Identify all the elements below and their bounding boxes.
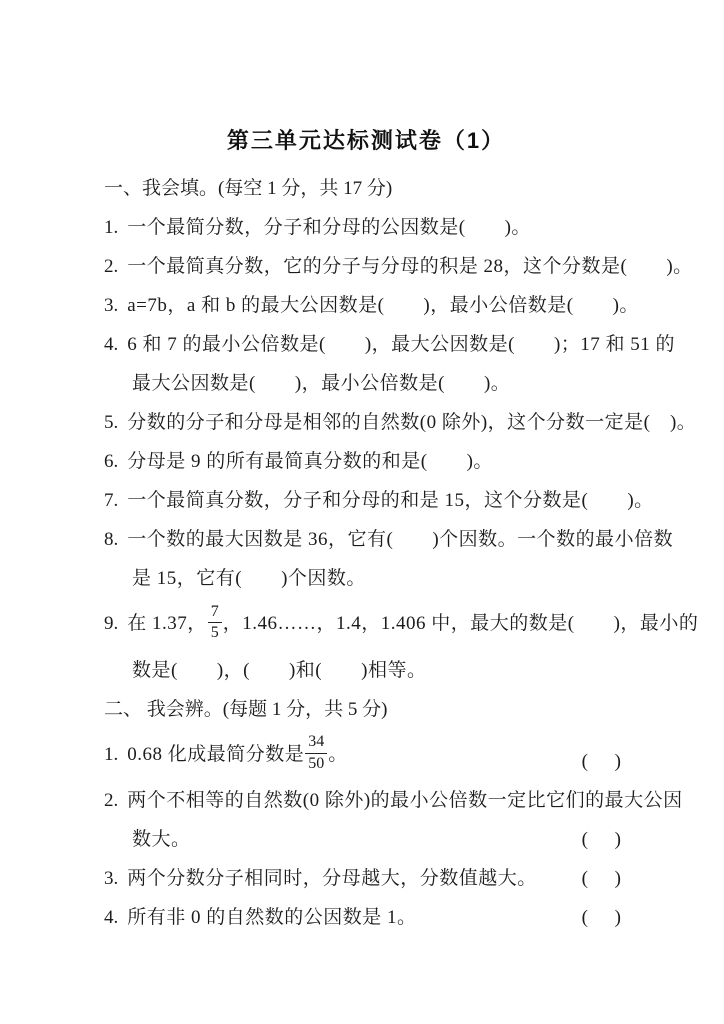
question-line: 6.分母是 9 的所有最简真分数的和是( )。 [104,442,628,481]
text-run: 分数的分子和分母是相邻的自然数(0 除外)，这个分数一定是( )。 [127,412,696,433]
question-line: 是 15，它有( )个因数。 [104,559,628,598]
fraction: 3450 [305,733,327,773]
answer-brackets: ( ) [582,898,622,937]
question-number: 3. [104,286,118,325]
text-run: 一个最简分数，分子和分母的公因数是( )。 [127,217,531,238]
question-number: 1. [104,735,118,774]
question-item: 8.一个数的最大因数是 36，它有( )个因数。一个数的最小倍数是 15，它有(… [104,520,628,598]
text-run: 最大公因数是( )，最小公倍数是( )。 [132,373,510,394]
section-heading: 二、 我会辨。(每题 1 分，共 5 分) [104,690,628,729]
question-item: 2.两个不相等的自然数(0 除外)的最小公倍数一定比它们的最大公因数大。( ) [104,781,628,859]
question-line: 3.两个分数分子相同时，分母越大，分数值越大。 [104,859,628,898]
question-line: 2.两个不相等的自然数(0 除外)的最小公倍数一定比它们的最大公因 [104,781,628,820]
answer-brackets: ( ) [582,859,622,898]
question-line: 1.0.68 化成最简分数是3450。 [104,729,628,782]
question-line: 5.分数的分子和分母是相邻的自然数(0 除外)，这个分数一定是( )。 [104,403,628,442]
fraction-denominator: 5 [208,623,222,642]
text-run: 6 和 7 的最小公倍数是( )，最大公因数是( )；17 和 51 的 [127,334,675,355]
fraction-denominator: 50 [305,754,327,773]
question-number: 6. [104,442,118,481]
question-item: 3.两个分数分子相同时，分母越大，分数值越大。( ) [104,859,628,898]
question-line: 7.一个最简真分数，分子和分母的和是 15，这个分数是( )。 [104,481,628,520]
fraction-numerator: 7 [208,603,222,623]
question-item: 4.6 和 7 的最小公倍数是( )，最大公因数是( )；17 和 51 的最大… [104,325,628,403]
question-number: 3. [104,859,118,898]
test-paper-page: 第三单元达标测试卷（1） 一、我会填。(每空 1 分，共 17 分)1.一个最简… [0,0,724,1024]
text-run: 一个数的最大因数是 36，它有( )个因数。一个数的最小倍数 [127,529,673,550]
question-line: 4.所有非 0 的自然数的公因数是 1。 [104,898,628,937]
text-run: 0.68 化成最简分数是 [127,744,304,765]
question-number: 2. [104,781,118,820]
section-one: 一、我会填。(每空 1 分，共 17 分)1.一个最简分数，分子和分母的公因数是… [104,169,628,690]
answer-brackets: ( ) [582,820,622,859]
question-item: 2.一个最简真分数，它的分子与分母的积是 28，这个分数是( )。 [104,247,628,286]
text-run: 是 15，它有( )个因数。 [132,568,366,589]
text-run: 两个不相等的自然数(0 除外)的最小公倍数一定比它们的最大公因 [127,790,682,811]
document-body: 一、我会填。(每空 1 分，共 17 分)1.一个最简分数，分子和分母的公因数是… [104,169,628,937]
page-title: 第三单元达标测试卷（1） [104,124,628,155]
text-run: 两个分数分子相同时，分母越大，分数值越大。 [127,868,537,889]
question-line: 9.在 1.37，75，1.46……，1.4，1.406 中，最大的数是( )，… [104,598,628,651]
text-run: 数是( )，( )和( )相等。 [132,660,426,681]
question-line: 数是( )，( )和( )相等。 [104,651,628,690]
fraction: 75 [208,603,222,643]
text-run: a=7b，a 和 b 的最大公因数是( )，最小公倍数是( )。 [127,295,639,316]
question-number: 4. [104,325,118,364]
text-run: 一个最简真分数，分子和分母的和是 15，这个分数是( )。 [127,490,653,511]
question-line: 最大公因数是( )，最小公倍数是( )。 [104,364,628,403]
text-run: 所有非 0 的自然数的公因数是 1。 [127,907,416,928]
text-run: 一个最简真分数，它的分子与分母的积是 28，这个分数是( )。 [127,256,692,277]
question-item: 1.一个最简分数，分子和分母的公因数是( )。 [104,208,628,247]
section-heading: 一、我会填。(每空 1 分，共 17 分) [104,169,628,208]
question-item: 6.分母是 9 的所有最简真分数的和是( )。 [104,442,628,481]
question-item: 5.分数的分子和分母是相邻的自然数(0 除外)，这个分数一定是( )。 [104,403,628,442]
question-number: 7. [104,481,118,520]
question-item: 3.a=7b，a 和 b 的最大公因数是( )，最小公倍数是( )。 [104,286,628,325]
text-run: 数大。 [132,829,191,850]
question-line: 4.6 和 7 的最小公倍数是( )，最大公因数是( )；17 和 51 的 [104,325,628,364]
question-number: 5. [104,403,118,442]
question-line: 1.一个最简分数，分子和分母的公因数是( )。 [104,208,628,247]
question-line: 8.一个数的最大因数是 36，它有( )个因数。一个数的最小倍数 [104,520,628,559]
text-run: 。 [328,744,348,765]
text-run: 分母是 9 的所有最简真分数的和是( )。 [127,451,493,472]
question-number: 9. [104,604,118,643]
question-number: 1. [104,208,118,247]
question-item: 7.一个最简真分数，分子和分母的和是 15，这个分数是( )。 [104,481,628,520]
question-item: 4.所有非 0 的自然数的公因数是 1。( ) [104,898,628,937]
question-item: 1.0.68 化成最简分数是3450。( ) [104,729,628,782]
text-run: 在 1.37， [127,613,207,634]
question-line: 2.一个最简真分数，它的分子与分母的积是 28，这个分数是( )。 [104,247,628,286]
fraction-numerator: 34 [305,733,327,753]
question-item: 9.在 1.37，75，1.46……，1.4，1.406 中，最大的数是( )，… [104,598,628,690]
question-line: 3.a=7b，a 和 b 的最大公因数是( )，最小公倍数是( )。 [104,286,628,325]
answer-brackets: ( ) [582,742,622,781]
question-number: 4. [104,898,118,937]
question-number: 2. [104,247,118,286]
question-number: 8. [104,520,118,559]
question-line: 数大。 [104,820,628,859]
section-two: 二、 我会辨。(每题 1 分，共 5 分)1.0.68 化成最简分数是3450。… [104,690,628,938]
text-run: ，1.46……，1.4，1.406 中，最大的数是( )，最小的 [223,613,699,634]
